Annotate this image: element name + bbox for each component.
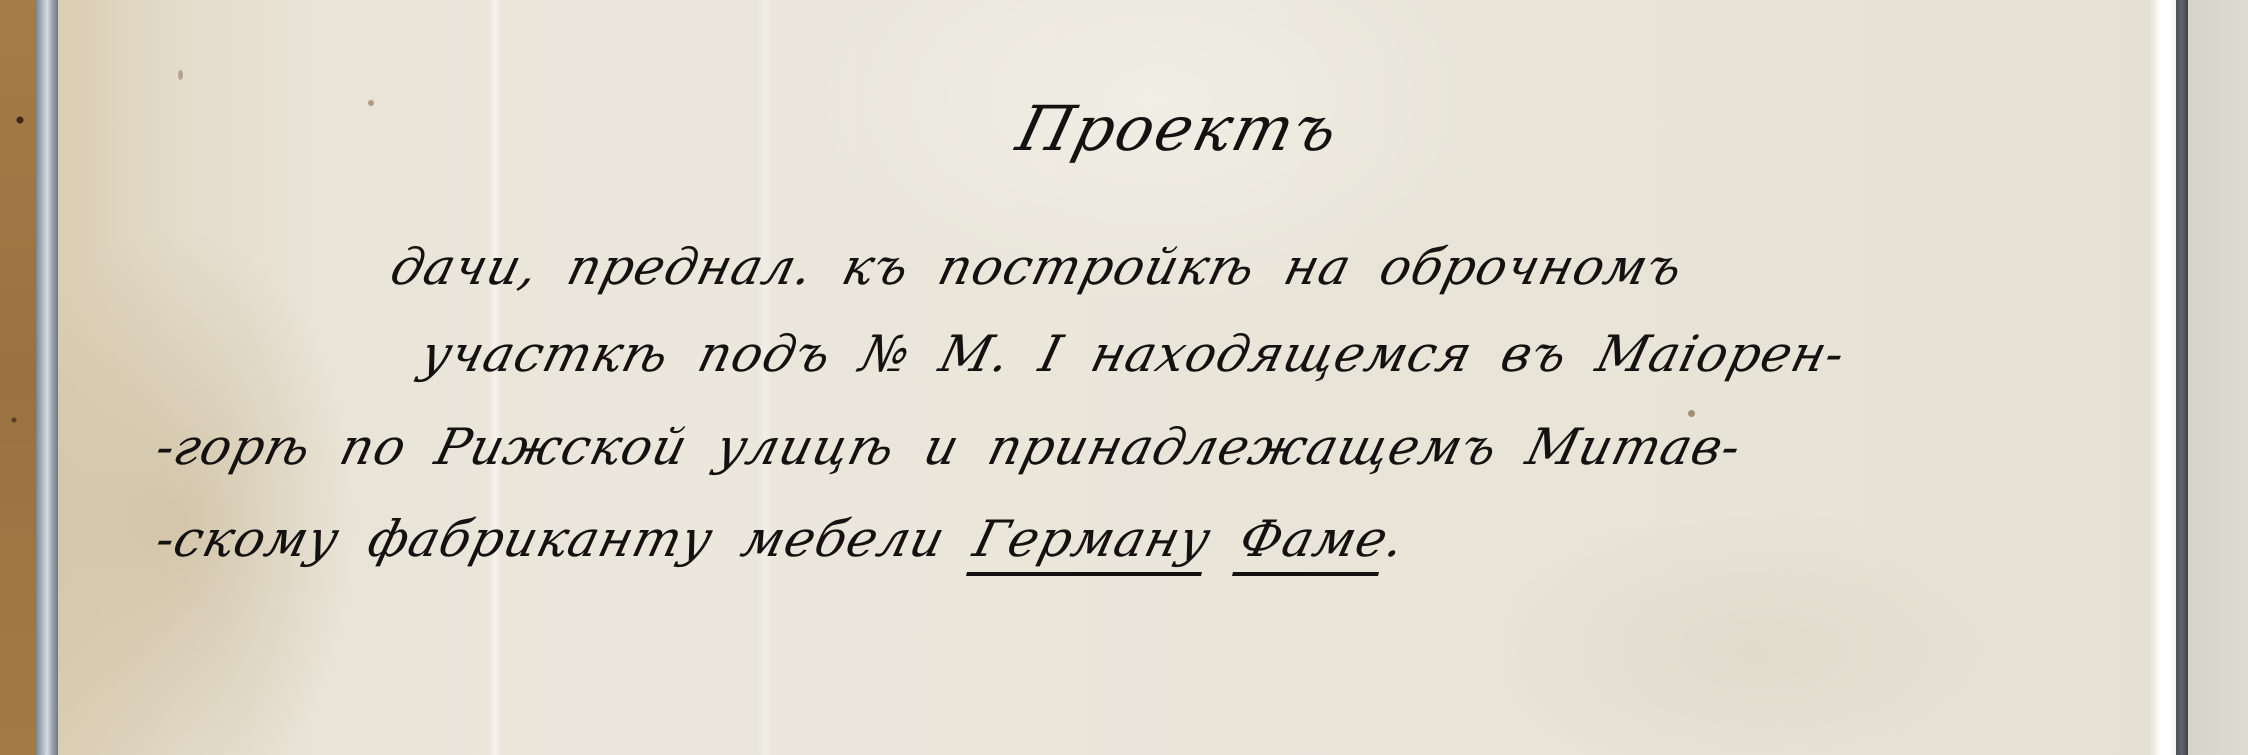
text-line-3: -горѣ по Рижской улицѣ и принадлежащемъ … xyxy=(150,418,1748,476)
cork-backing xyxy=(0,0,38,755)
surname-underlined: Фаме xyxy=(1232,510,1395,576)
text-line-4: -скому фабриканту мебели Герману Фаме. xyxy=(150,510,1411,568)
photo-of-framed-document: Проектъ дачи, преднал. къ постройкѣ на о… xyxy=(0,0,2248,755)
frame-rail-right xyxy=(2176,0,2188,755)
frame-mat-right xyxy=(2188,0,2248,755)
paper-spot xyxy=(178,70,183,80)
line-2-text: участкѣ подъ № M. I находящемся въ Маіор… xyxy=(415,325,1851,383)
line-1-text: дачи, преднал. къ постройкѣ на оброчномъ xyxy=(385,238,1689,296)
glass-reflection xyxy=(2150,0,2176,755)
given-name-underlined: Герману xyxy=(966,510,1217,576)
frame-rail-left xyxy=(36,0,58,755)
line-4-text: -скому фабриканту мебели xyxy=(150,510,951,568)
document-title: Проектъ xyxy=(1010,92,1347,165)
text-line-1: дачи, преднал. къ постройкѣ на оброчномъ xyxy=(385,238,1689,296)
text-line-2: участкѣ подъ № M. I находящемся въ Маіор… xyxy=(415,325,1851,383)
paper-spot xyxy=(368,100,374,106)
line-3-text: -горѣ по Рижской улицѣ и принадлежащемъ … xyxy=(150,418,1748,476)
paper-spot xyxy=(1688,410,1695,417)
